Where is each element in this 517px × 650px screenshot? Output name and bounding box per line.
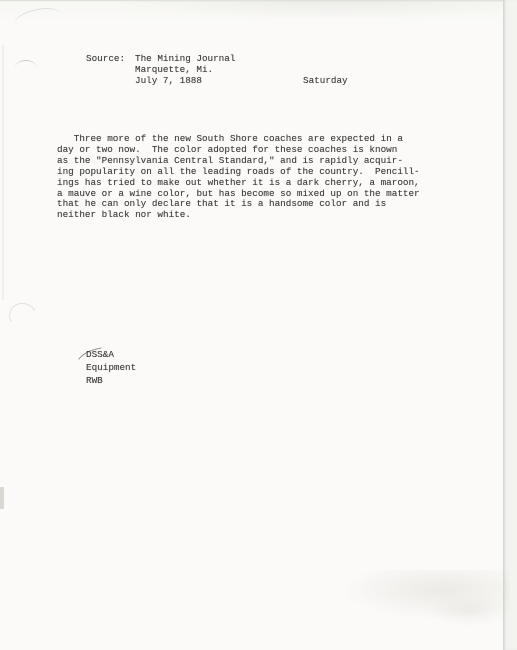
source-day-of-week: Saturday: [303, 76, 348, 87]
scan-arc-mark-mid-left: [6, 299, 41, 332]
notation-railroad: DSS&A: [86, 350, 114, 361]
scan-smudge-top: [120, 1, 510, 19]
scan-smudge-bottom-right: [340, 570, 510, 620]
notation-initials: RWB: [86, 376, 103, 387]
article-paragraph: Three more of the new South Shore coache…: [57, 134, 420, 221]
source-label: Source:: [86, 54, 125, 65]
source-date: July 7, 1888: [135, 76, 202, 87]
scan-smudge-top-left: [12, 4, 63, 35]
notation-category: Equipment: [86, 363, 136, 374]
scan-streak-left: [2, 45, 4, 300]
paper-right-edge: [503, 0, 517, 650]
scan-edge-tick-left: [0, 487, 4, 509]
scan-smudge-bottom-right-2: [430, 596, 510, 626]
scanned-document-page: Source: The Mining Journal Marquette, Mi…: [0, 0, 517, 650]
scan-arc-mark-upper-left: [15, 60, 37, 76]
scan-top-edge: [0, 0, 517, 2]
